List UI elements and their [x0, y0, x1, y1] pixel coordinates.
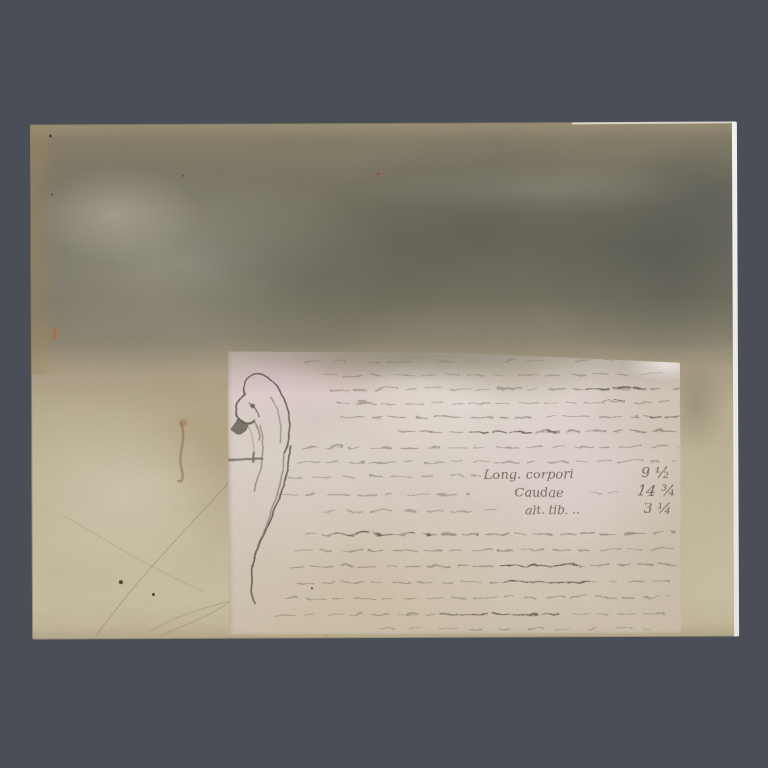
grain-overlay — [30, 121, 739, 639]
backing-paper-edge — [732, 121, 739, 636]
artwork-panel: Long. corpori 9 ½ Caudae 14 ¾ alt. tib. … — [30, 121, 739, 639]
photo-backdrop: Long. corpori 9 ½ Caudae 14 ¾ alt. tib. … — [0, 0, 768, 768]
